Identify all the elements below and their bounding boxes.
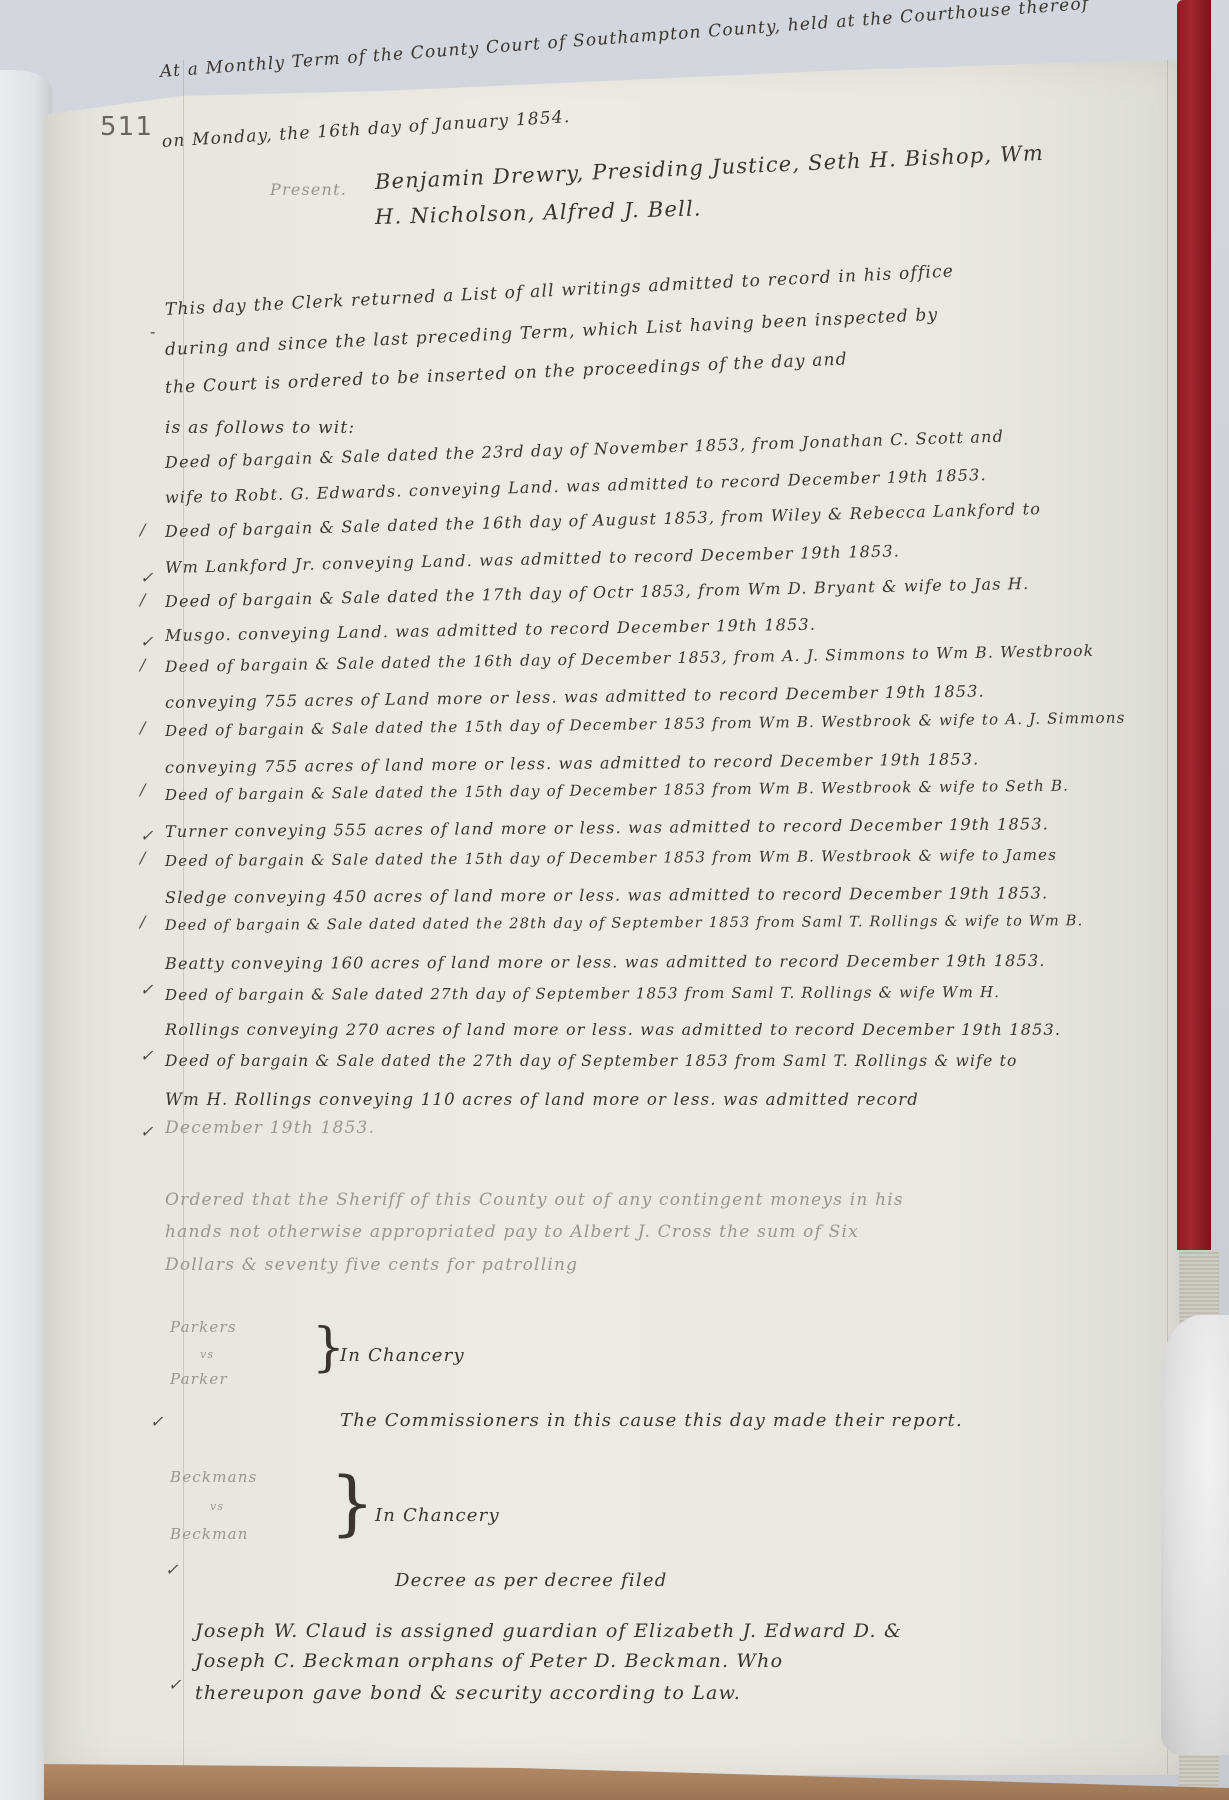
deed-line: Deed of bargain & Sale dated the 27th da… [165,1052,1018,1070]
case-entry: The Commissioners in this cause this day… [340,1410,963,1431]
guardian-line-2: Joseph C. Beckman orphans of Peter D. Be… [195,1650,783,1672]
margin-check: ✓ [168,1675,181,1694]
present-label: Present. [270,180,347,199]
page-number: 511 [100,112,153,142]
case-defendant: Beckman [170,1525,249,1543]
margin-check: ✓ [140,1046,153,1065]
margin-check: ✓ [140,826,153,845]
order-line-1: Ordered that the Sheriff of this County … [165,1190,904,1210]
margin-slash: / [140,655,145,674]
margin-slash: / [140,780,145,799]
margin-check: ✓ [140,632,153,651]
margin-slash: / [140,590,145,609]
deed-line: Rollings conveying 270 acres of land mor… [165,1020,1061,1039]
brace-icon: } [330,1462,375,1544]
margin-check: ✓ [140,980,153,999]
deed-line: December 19th 1853. [165,1118,375,1138]
case-court: In Chancery [340,1345,465,1366]
case-plaintiff: Parkers [170,1318,237,1336]
red-binding [1177,0,1211,1250]
margin-check: ✓ [140,568,153,587]
order-line-3: Dollars & seventy five cents for patroll… [165,1255,578,1275]
deed-line: Wm H. Rollings conveying 110 acres of la… [165,1090,919,1109]
margin-dash: - [150,322,155,341]
intro-line-4: is as follows to wit: [165,418,355,438]
case-vs: vs [210,1500,224,1513]
deed-line: Deed of bargain & Sale dated 27th day of… [165,983,1000,1004]
thumb-holding-page [1161,1315,1229,1755]
margin-slash: / [140,520,145,539]
margin-check: ✓ [165,1560,178,1579]
order-line-2: hands not otherwise appropriated pay to … [165,1222,859,1242]
guardian-line-1: Joseph W. Claud is assigned guardian of … [195,1620,902,1642]
case-entry: Decree as per decree filed [395,1570,667,1591]
case-plaintiff: Beckmans [170,1468,258,1486]
deed-line: Beatty conveying 160 acres of land more … [165,951,1046,973]
margin-slash: / [140,912,145,931]
margin-slash: / [140,718,145,737]
margin-check: ✓ [150,1412,163,1431]
case-defendant: Parker [170,1370,228,1388]
margin-slash: / [140,848,145,867]
guardian-line-3: thereupon gave bond & security according… [195,1682,741,1704]
case-vs: vs [200,1348,214,1361]
margin-check: ✓ [140,1122,153,1141]
case-court: In Chancery [375,1505,500,1526]
